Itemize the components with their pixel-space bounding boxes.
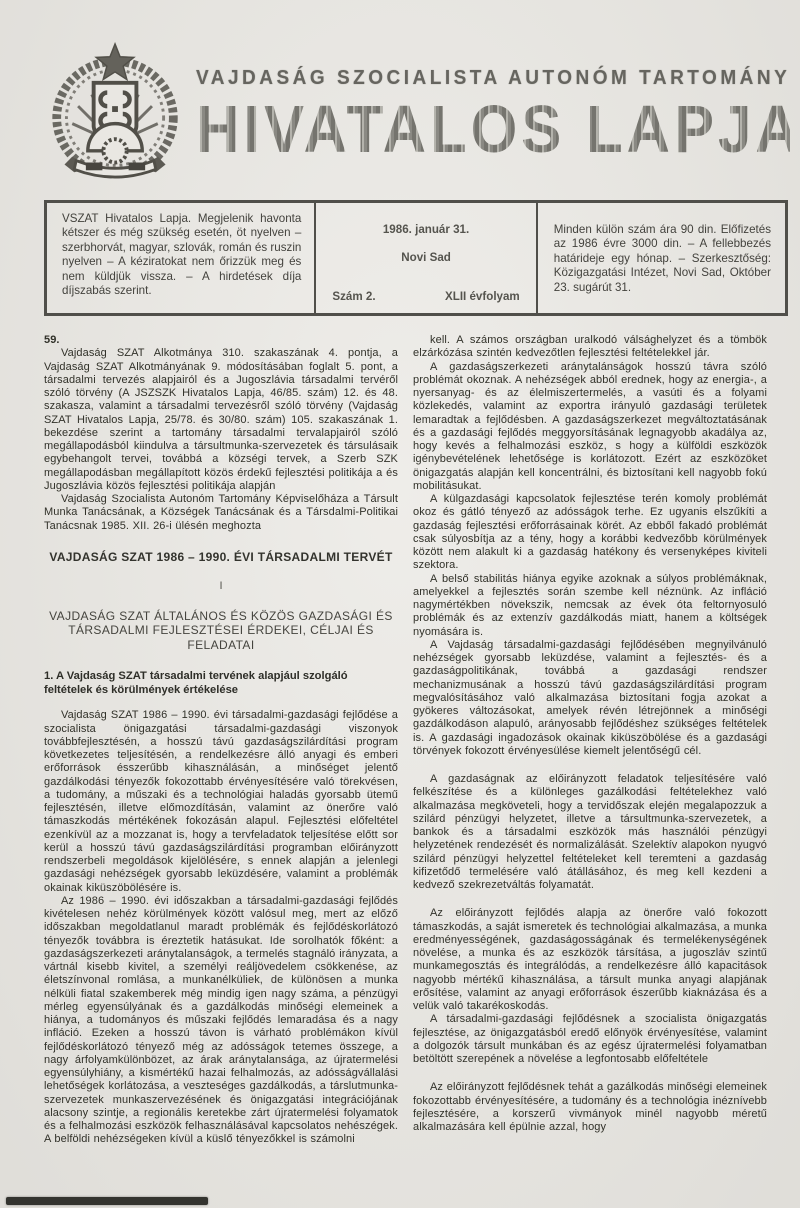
issue-volume: XLII évfolyam — [445, 290, 520, 303]
gazette-title: HIVATALOS LAPJA — [196, 96, 790, 163]
paragraph: Vajdaság SZAT Alkotmánya 310. szakaszána… — [44, 347, 398, 493]
scan-artifact-bar — [6, 1197, 208, 1205]
right-paragraphs: kell. A számos országban uralkodó válság… — [413, 334, 767, 1134]
article-columns: 59. Vajdaság SZAT Alkotmánya 310. szakas… — [0, 316, 800, 1147]
masthead: VAJDASÁG SZOCIALISTA AUTONÓM TARTOMÁNY H… — [0, 0, 800, 180]
section-title: VAJDASÁG SZAT ÁLTALÁNOS ÉS KÖZÖS GAZDASÁ… — [44, 609, 398, 653]
paragraph: Az 1986 – 1990. évi időszakban a társada… — [44, 895, 398, 1147]
decree-title: VAJDASÁG SZAT 1986 – 1990. ÉVI TÁRSADALM… — [44, 550, 398, 564]
left-column: 59. Vajdaság SZAT Alkotmánya 310. szakas… — [44, 334, 398, 1147]
issue-number: Szám 2. — [332, 290, 375, 303]
paragraph: A külgazdasági kapcsolatok fejlesztése t… — [413, 493, 767, 573]
imprint-price-info: Minden külön szám ára 90 din. Előfizetés… — [538, 203, 785, 313]
intro-paragraphs: Vajdaság SZAT Alkotmánya 310. szakaszána… — [44, 347, 398, 533]
paragraph: A belső stabilitás hiánya egyike azoknak… — [413, 573, 767, 639]
issue-city: Novi Sad — [332, 251, 519, 264]
paragraph: A Vajdaság társadalmi-gazdasági fejlődés… — [413, 639, 767, 758]
paragraph: Vajdaság SZAT 1986 – 1990. évi társadalm… — [44, 709, 398, 895]
imprint-box: VSZAT Hivatalos Lapja. Megjelenik havont… — [44, 200, 788, 316]
paragraph: kell. A számos országban uralkodó válság… — [413, 334, 767, 361]
paragraph: A gazdaságszerkezeti aránytalánságok hos… — [413, 361, 767, 494]
article-number: 59. — [44, 334, 398, 347]
paragraph: A társadalmi-gazdasági fejlődésnek a szo… — [413, 1013, 767, 1066]
section-numeral: I — [44, 580, 398, 592]
subsection-heading: 1. A Vajdaság SZAT társadalmi tervének a… — [44, 670, 398, 697]
masthead-text: VAJDASÁG SZOCIALISTA AUTONÓM TARTOMÁNY H… — [190, 42, 790, 180]
paragraph: A gazdaságnak az előirányzott feladatok … — [413, 773, 767, 892]
right-column: kell. A számos országban uralkodó válság… — [413, 334, 767, 1147]
paragraph: Az előirányzott fejlődés alapja az önerő… — [413, 907, 767, 1013]
paragraph: Vajdaság Szocialista Autonóm Tartomány K… — [44, 493, 398, 533]
paragraph: Az előirányzott fejlődésnek tehát a gazá… — [413, 1081, 767, 1134]
province-line: VAJDASÁG SZOCIALISTA AUTONÓM TARTOMÁNY — [196, 67, 790, 90]
imprint-publication-info: VSZAT Hivatalos Lapja. Megjelenik havont… — [47, 203, 316, 313]
imprint-issue-info: 1986. január 31. Novi Sad Szám 2. XLII é… — [316, 203, 537, 313]
coat-of-arms-emblem — [42, 42, 190, 180]
left-paragraphs: Vajdaság SZAT 1986 – 1990. évi társadalm… — [44, 709, 398, 1146]
gazette-page: VAJDASÁG SZOCIALISTA AUTONÓM TARTOMÁNY H… — [0, 0, 800, 1208]
issue-date: 1986. január 31. — [332, 223, 519, 236]
